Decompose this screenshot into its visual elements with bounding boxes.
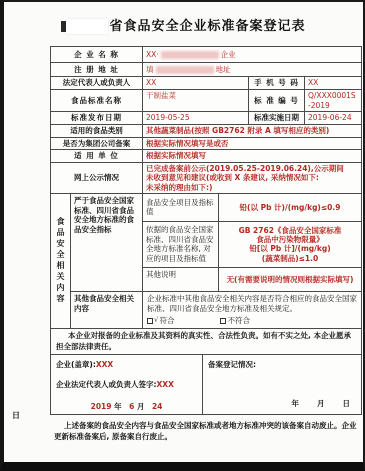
sign-label: 企业法定代表人或负责人签字: xyxy=(56,380,157,389)
filing-status-cell: 备案登记情况: 年 月 日 xyxy=(203,355,361,414)
standard-name-value: 干制盐菜 xyxy=(143,90,249,111)
declaration-text: 本企业对报备的企业标准及其资料的真实性、合法性负责。如有不实之处, 本企业愿承担… xyxy=(51,329,361,354)
publish-date-label: 标准发布日期 xyxy=(51,112,143,124)
filing-status-label: 备案登记情况: xyxy=(208,359,356,370)
mobile-value: XX xyxy=(305,77,361,89)
address-value: 填地址 xyxy=(143,63,361,76)
food-category-value: 其他蔬菜制品(按照 GB2762 附录 A 填写相应的类别) xyxy=(143,125,361,137)
safety-basis-row: 依据的食品安全国家标准、四川省食品安全地方标准名称, 对应的项目及指标值 GB … xyxy=(143,221,361,267)
applicable-unit-label: 适 用 单 位 xyxy=(51,150,143,161)
check-mark-icon: √ xyxy=(154,316,158,325)
signature-date: 2019 年 6 月 24 xyxy=(56,401,197,412)
page-title: 省食品安全企业标准备案登记表 xyxy=(4,15,363,34)
checkbox-noncompliant-box[interactable] xyxy=(220,318,226,324)
standard-no-label: 标 准 编 号 xyxy=(249,90,305,111)
seal-value: XXX xyxy=(96,360,113,369)
title-censor-block xyxy=(66,19,108,34)
standard-name-label: 食品标准名称 xyxy=(51,90,143,111)
applicable-unit-value: 根据实际情况填写 xyxy=(143,150,361,161)
sign-value: XXX xyxy=(157,380,174,389)
compliance-checkboxes: √符合 不符合 xyxy=(147,316,357,326)
row-applicable-unit: 适 用 单 位 根据实际情况填写 xyxy=(51,149,361,161)
standard-no-value: Q/XXX0001S-2019 xyxy=(305,90,361,111)
checkbox-compliant[interactable]: √符合 xyxy=(147,316,174,326)
food-safety-section: 食品安全相关内容 严于食品安全国家标准、四川省食品安全地方标准的食品安全指标 食… xyxy=(51,193,361,328)
footnote-text: 上述备案的食品安全内容与食品安全国家标准或者地方标准冲突的该备案自动废止。企业更… xyxy=(54,420,360,443)
safety-note-value: 无(有需要说明的情况则根据实际填写) xyxy=(219,268,361,291)
publicity-label: 网上公示情况 xyxy=(51,163,143,193)
group-filing-label: 是否为集团公司备案 xyxy=(51,138,143,149)
checkbox-noncompliant[interactable]: 不符合 xyxy=(220,316,250,326)
impl-date-value: 2019-06-24 xyxy=(305,112,361,124)
address-suffix: 地址 xyxy=(216,65,231,74)
scanned-form-page: 省食品安全企业标准备案登记表 企 业 名 称 XX·企业 注 册 地 址 填地址… xyxy=(0,0,365,471)
safety-item-label: 食品安全项目及指标值 xyxy=(143,194,219,221)
company-name-suffix: 企业 xyxy=(221,50,236,59)
safety-item-row: 食品安全项目及指标值 铅(以 Pb 计)/(mg/kg)≤0.9 xyxy=(143,194,361,221)
company-name-prefix: XX· xyxy=(146,50,159,59)
row-registered-address: 注 册 地 址 填地址 xyxy=(51,62,361,76)
filing-form-table: 企 业 名 称 XX·企业 注 册 地 址 填地址 法定代表人或负责人 XX 手… xyxy=(50,46,362,415)
row-group-filing: 是否为集团公司备案 根据实际情况填写是或否 xyxy=(51,137,361,149)
stricter-indicators-group: 严于食品安全国家标准、四川省食品安全地方标准的食品安全指标 食品安全项目及指标值… xyxy=(71,194,361,291)
company-name-redaction xyxy=(161,51,219,59)
checkbox-compliant-box[interactable] xyxy=(147,318,153,324)
publish-date-value: 2019-05-25 xyxy=(143,112,249,124)
row-online-publicity: 网上公示情况 已完成备案前公示(2019.05.25-2019.06.24),公… xyxy=(51,162,361,193)
company-name-value: XX·企业 xyxy=(143,47,361,62)
row-food-category: 适用的食品类别 其他蔬菜制品(按照 GB2762 附录 A 填写相应的类别) xyxy=(51,124,361,137)
seal-line: 企业(盖章):XXX xyxy=(56,359,197,370)
row-declaration: 本企业对报备的企业标准及其资料的真实性、合法性负责。如有不实之处, 本企业愿承担… xyxy=(51,328,361,354)
month-unit: 月 xyxy=(137,402,145,411)
wrapped-day-character: 日 xyxy=(12,410,20,421)
food-category-label: 适用的食品类别 xyxy=(51,125,143,137)
address-redaction xyxy=(156,66,214,74)
publicity-value: 已完成备案前公示(2019.05.25-2019.06.24),公示期间 未收到… xyxy=(143,163,361,193)
safety-basis-label: 依据的食品安全国家标准、四川省食品安全地方标准名称, 对应的项目及指标值 xyxy=(143,222,219,267)
row-company-name: 企 业 名 称 XX·企业 xyxy=(51,47,361,62)
mobile-label: 手 机 号 码 xyxy=(249,77,305,89)
signature-day: 24 xyxy=(152,402,162,411)
food-safety-side-label: 食品安全相关内容 xyxy=(51,194,71,328)
page-title-text: 省食品安全企业标准备案登记表 xyxy=(109,19,305,34)
other-safety-label: 其他食品安全相关内容 xyxy=(71,292,143,328)
sign-line: 企业法定代表人或负责人签字:XXX xyxy=(56,379,197,390)
signature-left-cell: 企业(盖章):XXX 企业法定代表人或负责人签字:XXX 2019 年 6 月 … xyxy=(51,355,203,414)
company-name-label: 企 业 名 称 xyxy=(51,47,143,62)
safety-item-value: 铅(以 Pb 计)/(mg/kg)≤0.9 xyxy=(219,194,361,221)
filing-date-placeholder: 年 月 日 xyxy=(292,398,352,409)
stricter-indicators-label: 严于食品安全国家标准、四川省食品安全地方标准的食品安全指标 xyxy=(71,194,143,291)
safety-basis-value: GB 2762《食品安全国家标准 食品中污染物限量》 铅[以 Pb 计]/(mg… xyxy=(219,222,361,267)
group-filing-value: 根据实际情况填写是或否 xyxy=(143,138,361,149)
legal-rep-label: 法定代表人或负责人 xyxy=(51,77,143,89)
signature-section: 企业(盖章):XXX 企业法定代表人或负责人签字:XXX 2019 年 6 月 … xyxy=(51,354,361,414)
address-label: 注 册 地 址 xyxy=(51,63,143,76)
other-safety-text: 企业标准中其他食品安全相关内容是否符合相应的食品安全国家标准、四川省食品安全地方… xyxy=(147,294,357,313)
checkbox-noncompliant-label: 不符合 xyxy=(227,316,250,326)
year-unit: 年 xyxy=(114,402,122,411)
signature-year: 2019 xyxy=(91,402,112,411)
row-legal-rep: 法定代表人或负责人 XX 手 机 号 码 XX xyxy=(51,76,361,89)
safety-note-row: 其他说明 无(有需要说明的情况则根据实际填写) xyxy=(143,267,361,291)
address-prefix: 填 xyxy=(146,65,154,74)
seal-label: 企业(盖章): xyxy=(56,360,96,369)
signature-month: 6 xyxy=(129,402,134,411)
legal-rep-value: XX xyxy=(143,77,249,89)
checkbox-compliant-label: 符合 xyxy=(159,316,174,326)
row-standard-name: 食品标准名称 干制盐菜 标 准 编 号 Q/XXX0001S-2019 xyxy=(51,89,361,111)
impl-date-label: 标准实施日期 xyxy=(249,112,305,124)
other-safety-group: 其他食品安全相关内容 企业标准中其他食品安全相关内容是否符合相应的食品安全国家标… xyxy=(71,291,361,328)
safety-note-label: 其他说明 xyxy=(143,268,219,291)
other-safety-cell: 企业标准中其他食品安全相关内容是否符合相应的食品安全国家标准、四川省食品安全地方… xyxy=(143,292,361,328)
row-publish-date: 标准发布日期 2019-05-25 标准实施日期 2019-06-24 xyxy=(51,111,361,124)
